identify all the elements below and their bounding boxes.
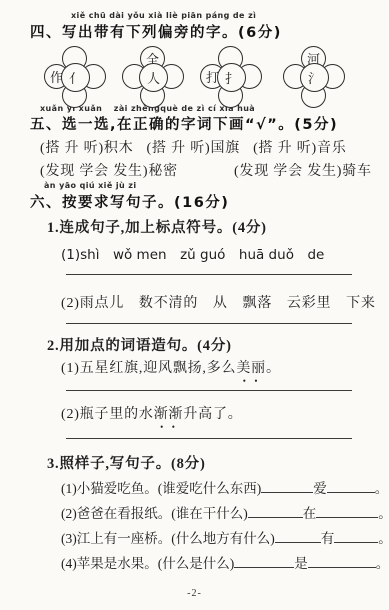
choice-option: (搭 升 听)国旗 (147, 141, 241, 156)
flower-center-radical: 人 (139, 63, 168, 92)
period: 。 (378, 531, 389, 546)
choice-option: (发现 学会 发生)骑车 (234, 164, 372, 179)
sentence-text: 升高了。 (183, 407, 242, 422)
answer-line (66, 274, 352, 275)
sentence-text: 。 (266, 361, 281, 376)
choice-row-2: (发现 学会 发生)秘密(发现 学会 发生)骑车 (40, 160, 372, 180)
section4-heading: 四、写出带有下列偏旁的字。(6分) (30, 21, 282, 42)
question3-title: 3.照样子,写句子。(8分) (47, 452, 206, 473)
question1-item1: (1)shì wǒ men zǔ guó huā duǒ de (61, 243, 324, 263)
fill-blank (316, 504, 378, 518)
section5-heading: 五、选一选,在正确的字词下画“√”。(5分) (30, 113, 338, 134)
dotted-word: 美丽 (236, 357, 266, 377)
period: 。 (376, 556, 389, 571)
sentence-text: (1)五星红旗,迎风飘扬,多么 (61, 361, 236, 376)
radical-flower-4: 河 氵 (283, 46, 345, 108)
period: 。 (375, 481, 389, 496)
flower-center-radical: 扌 (217, 63, 246, 92)
radical-flower-3: 打 扌 (200, 46, 262, 108)
choice-option: (搭 升 听)积木 (40, 141, 134, 156)
fill-blank (261, 479, 313, 493)
fill-blank (327, 479, 375, 493)
page-number: -2- (0, 588, 389, 599)
section6-heading: 六、按要求写句子。(16分) (30, 191, 229, 212)
choice-option: (搭 升 听)音乐 (253, 141, 347, 156)
question2-item1: (1)五星红旗,迎风飘扬,多么美丽。 (61, 357, 281, 377)
radical-flower-2: 全 人 (122, 46, 184, 108)
question2-item2: (2)瓶子里的水渐渐升高了。 (61, 403, 243, 423)
answer-line (66, 390, 352, 391)
question3-item-1: (1)小猫爱吃鱼。(谁爱吃什么东西)爱。 (61, 477, 388, 497)
flower-center-radical: 氵 (300, 63, 329, 92)
fill-blank (275, 529, 321, 543)
fill-blank (234, 554, 294, 568)
flower-center-radical: 亻 (61, 63, 90, 92)
example-sentence: (3)江上有一座桥。(什么地方有什么) (61, 531, 275, 546)
example-sentence: (1)小猫爱吃鱼。(谁爱吃什么东西) (61, 481, 261, 496)
period: 。 (378, 506, 389, 521)
question3-item-4: (4)苹果是水果。(什么是什么)是。 (61, 552, 389, 572)
example-sentence: (2)爸爸在看报纸。(谁在干什么) (61, 506, 248, 521)
radical-flower-1: 作 亻 (44, 46, 106, 108)
example-sentence: (4)苹果是水果。(什么是什么) (61, 556, 234, 571)
fill-blank (334, 529, 378, 543)
pattern-word: 爱 (313, 481, 327, 496)
question1-title: 1.连成句子,加上标点符号。(4分) (47, 216, 267, 237)
answer-line (66, 323, 352, 324)
fill-blank (308, 554, 376, 568)
question3-item-3: (3)江上有一座桥。(什么地方有什么)有。 (61, 527, 389, 547)
pattern-word: 在 (303, 506, 317, 521)
answer-line (66, 438, 352, 439)
fill-blank (248, 504, 303, 518)
pattern-word: 是 (294, 556, 308, 571)
section6-pinyin: àn yāo qiú xiě jù zi (44, 181, 136, 190)
question3-item-2: (2)爸爸在看报纸。(谁在干什么)在。 (61, 502, 389, 522)
section4-pinyin: xiě chū dài yǒu xià liè piān páng de zì (71, 11, 256, 20)
choice-row-1: (搭 升 听)积木(搭 升 听)国旗(搭 升 听)音乐 (40, 137, 347, 157)
pattern-word: 有 (321, 531, 335, 546)
question2-title: 2.用加点的词语造句。(4分) (47, 334, 232, 355)
dotted-word: 渐渐 (154, 403, 184, 423)
sentence-text: (2)瓶子里的水 (61, 407, 154, 422)
question1-item2: (2)雨点儿 数不清的 从 飘落 云彩里 下来 (61, 292, 376, 312)
choice-option: (发现 学会 发生)秘密 (40, 164, 178, 179)
test-paper-page: xiě chū dài yǒu xià liè piān páng de zì … (0, 0, 389, 610)
